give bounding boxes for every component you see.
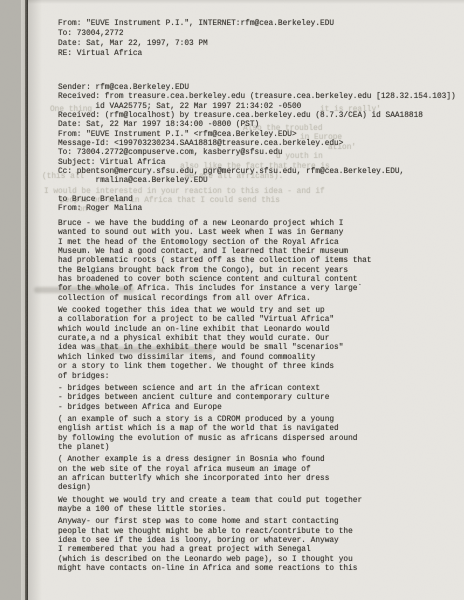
text-line: ( an example of such a story is a CDROM …: [58, 416, 372, 425]
text-line: Subject: Virtual Africa: [58, 159, 456, 168]
text-line: had problematic roots ( started off as t…: [58, 257, 372, 266]
text-line: - bridges between science and art in the…: [58, 385, 372, 394]
text-line: an african butterlfy which she incorpora…: [58, 475, 372, 484]
text-line: We thought we would try and create a tea…: [58, 497, 372, 506]
text-line: or a story to link them together. We tho…: [58, 363, 372, 372]
text-line: the planet): [58, 444, 372, 453]
text-line: From: Roger Malina: [58, 205, 142, 214]
body-paragraph: We thought we would try and create a tea…: [58, 497, 372, 516]
top-edge-shade: [28, 0, 464, 4]
text-line: I met the head of the Entomology section…: [58, 239, 372, 248]
text-line: by following the evolution of music as a…: [58, 435, 372, 444]
text-line: ( Another example is a dress designer in…: [58, 456, 372, 465]
email-body: Bruce - we have the budding of a new Leo…: [58, 220, 372, 577]
text-line: collection of musical recordings from al…: [58, 295, 372, 304]
text-line: - bridges between Africa and Europe: [58, 404, 372, 413]
body-paragraph: Anyway- our first step was to come home …: [58, 518, 372, 574]
text-line: english artist which is a map of the wor…: [58, 425, 372, 434]
text-line: id VAA25775; Sat, 22 Mar 1997 21:34:02 -…: [58, 103, 456, 112]
compuserve-header-block: From: "EUVE Instrument P.I.", INTERNET:r…: [58, 19, 334, 59]
text-line: - bridges between ancient culture and co…: [58, 394, 372, 403]
text-line: To: 73004,2772: [58, 29, 334, 39]
body-paragraph: - bridges between science and art in the…: [58, 385, 372, 413]
text-line: RE: Virtual Africa: [58, 49, 334, 59]
text-line: which linked two dissimilar items, and f…: [58, 354, 372, 363]
text-line: has broadened to cover both science cont…: [58, 276, 372, 285]
text-line: Message-Id: <199703230234.SAA18818@treas…: [58, 140, 456, 149]
text-line: From: "EUVE Instrument P.I." <rfm@cea.Be…: [58, 131, 456, 140]
text-line: on the web site of the royal africa muse…: [58, 466, 372, 475]
text-line: which would include an on-line exhibit t…: [58, 326, 372, 335]
text-line: might have contacts on-line in Africa an…: [58, 565, 372, 574]
text-line: Museum. We had a good contact, and I lea…: [58, 248, 372, 257]
body-paragraph: ( Another example is a dress designer in…: [58, 456, 372, 493]
text-line: wanted to sound out with you. Last week …: [58, 229, 372, 238]
salutation-block: to Bruce BrelandFrom: Roger Malina: [58, 196, 142, 215]
text-line: Anyway- our first step was to come home …: [58, 518, 372, 527]
text-line: Sender: rfm@cea.Berkeley.EDU: [58, 84, 456, 93]
text-line: to Bruce Breland: [58, 196, 142, 205]
binding-shadow: [28, 0, 42, 600]
text-line: Date: Sat, 22 Mar 1997 18:34:00 -0800 (P…: [58, 121, 456, 130]
text-line: From: "EUVE Instrument P.I.", INTERNET:r…: [58, 19, 334, 29]
text-line: I remembered that you had a great projec…: [58, 546, 372, 555]
text-line: design): [58, 484, 372, 493]
body-paragraph: We cooked together this idea that we wou…: [58, 307, 372, 382]
text-line: maybe a 100 of these little stories.: [58, 506, 372, 515]
text-line: idea to see if the idea is loony, boring…: [58, 537, 372, 546]
body-paragraph: ( an example of such a story is a CDROM …: [58, 416, 372, 453]
text-line: Received: (rfm@localhost) by treasure.ce…: [58, 112, 456, 121]
text-line: for the whole of Africa. This includes f…: [58, 285, 372, 294]
text-line: Received: from treasure.cea.berkeley.edu…: [58, 93, 456, 102]
text-line: of bridges:: [58, 373, 372, 382]
text-line: a collaboration for a project to be call…: [58, 316, 372, 325]
text-line: Date: Sat, Mar 22, 1997, 7:03 PM: [58, 39, 334, 49]
text-line: (which is described on the Leonardo web …: [58, 556, 372, 565]
text-line: idea was that in the exhibit there would…: [58, 344, 372, 353]
text-line: rmalina@cea.Berkeley.EDU: [58, 177, 456, 186]
text-line: people that we thought might be able to …: [58, 528, 372, 537]
scanner-background-band: [0, 0, 21, 600]
text-line: Bruce - we have the budding of a new Leo…: [58, 220, 372, 229]
bleed-through-text: I would be interested in your reaction t…: [44, 188, 325, 196]
text-line: the Belgians brought back from the Congo…: [58, 267, 372, 276]
scanned-email-page: One thingit is really'Also the troubledi…: [0, 0, 464, 600]
text-line: To: 73004.2772@compuserve.com, kasberry@…: [58, 149, 456, 158]
body-paragraph: Bruce - we have the budding of a new Leo…: [58, 220, 372, 304]
smtp-header-block: Sender: rfm@cea.Berkeley.EDUReceived: fr…: [58, 84, 456, 187]
